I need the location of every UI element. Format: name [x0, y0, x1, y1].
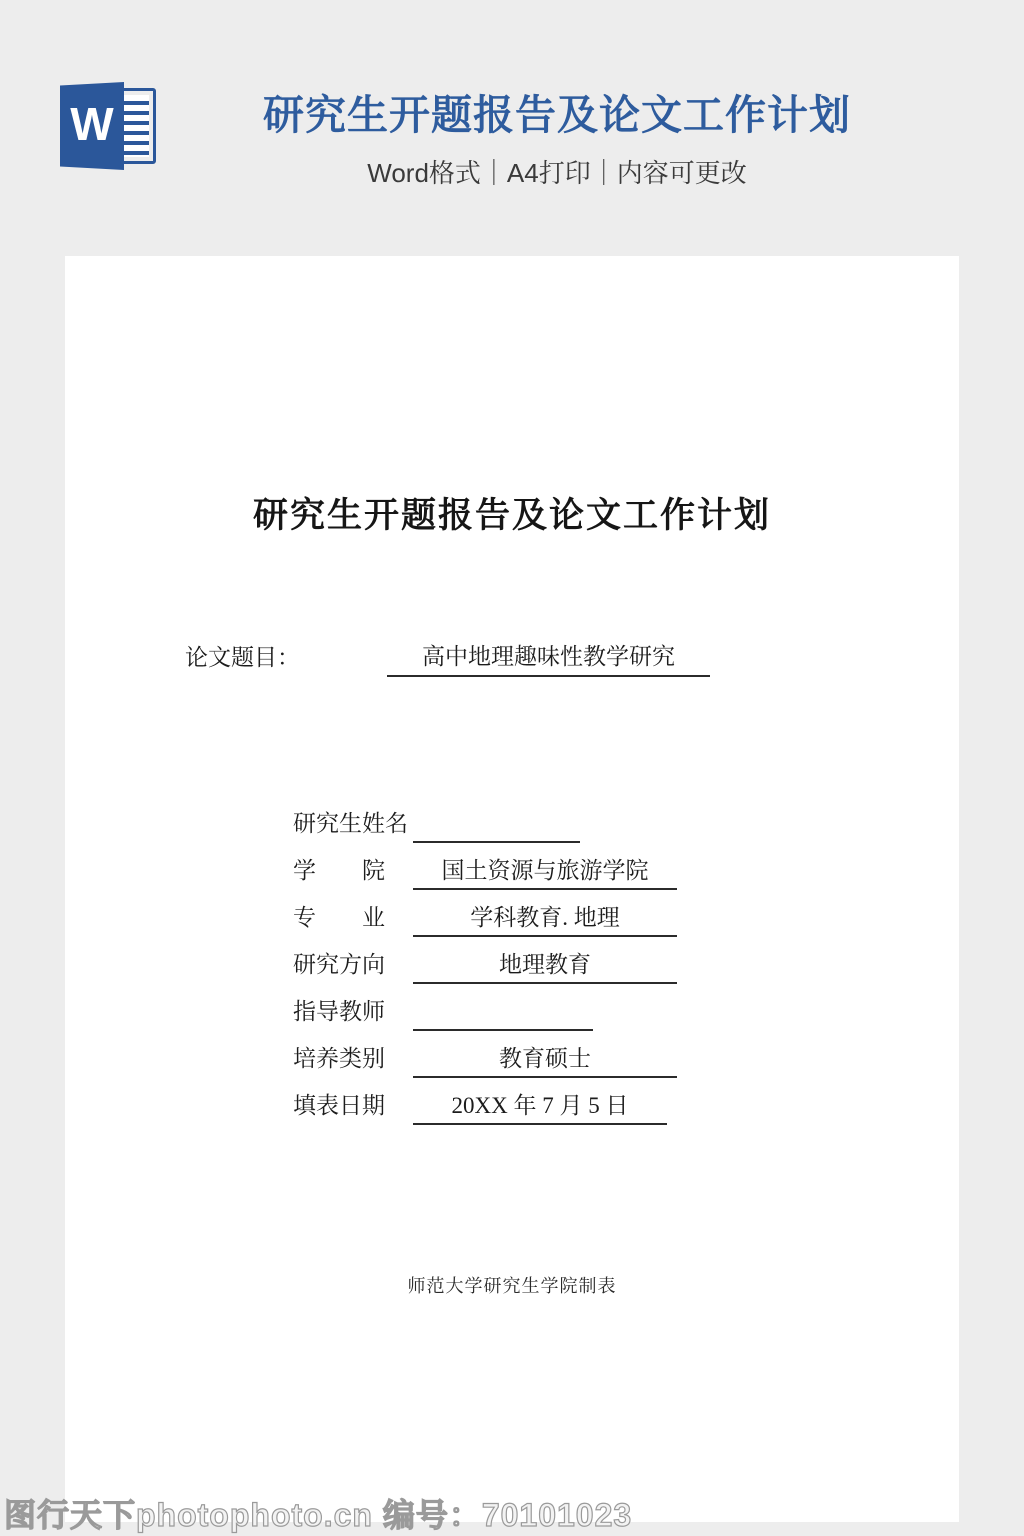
thesis-topic-value: 高中地理趣味性教学研究 — [422, 638, 675, 675]
page-header: W 研究生开题报告及论文工作计划 Word格式｜A4打印｜内容可更改 — [0, 0, 1024, 230]
word-blue-panel-icon: W — [60, 82, 124, 170]
word-letter-w: W — [70, 101, 113, 151]
field-value: 20XX 年 7 月 5 日 — [452, 1087, 629, 1123]
field-underline: 地理教育 — [413, 946, 677, 984]
field-underline — [413, 1026, 593, 1031]
cover-form-fields: 研究生姓名 学 院 国土资源与旅游学院 专 业 学科教育. 地理 研究方向 地理… — [293, 798, 677, 1127]
field-label: 专 业 — [293, 899, 413, 937]
thesis-topic-label: 论文题目： — [185, 639, 387, 677]
field-label: 培养类别 — [293, 1040, 413, 1078]
field-label: 指导教师 — [293, 993, 413, 1031]
field-value: 地理教育 — [499, 946, 591, 982]
word-logo-icon: W — [58, 78, 160, 174]
field-label: 研究生姓名 — [293, 805, 413, 843]
template-subtitle: Word格式｜A4打印｜内容可更改 — [250, 153, 864, 190]
a4-document-page: 研究生开题报告及论文工作计划 论文题目： 高中地理趣味性教学研究 研究生姓名 学… — [65, 256, 959, 1522]
site-watermark: 图行天下photophoto.cn 编号：70101023 — [4, 1490, 632, 1536]
field-label: 研究方向 — [293, 946, 413, 984]
field-row-supervisor: 指导教师 — [293, 986, 677, 1031]
field-row-research-direction: 研究方向 地理教育 — [293, 939, 677, 984]
field-underline: 教育硕士 — [413, 1040, 677, 1078]
field-underline: 国土资源与旅游学院 — [413, 852, 677, 890]
field-underline: 20XX 年 7 月 5 日 — [413, 1087, 667, 1125]
thesis-topic-row: 论文题目： 高中地理趣味性教学研究 — [185, 634, 710, 677]
template-title: 研究生开题报告及论文工作计划 — [250, 92, 864, 139]
document-title: 研究生开题报告及论文工作计划 — [65, 488, 959, 538]
field-row-fill-date: 填表日期 20XX 年 7 月 5 日 — [293, 1080, 677, 1125]
field-value: 学科教育. 地理 — [470, 899, 620, 935]
field-row-student-name: 研究生姓名 — [293, 798, 677, 843]
header-text-block: 研究生开题报告及论文工作计划 Word格式｜A4打印｜内容可更改 — [250, 92, 864, 190]
issuing-office-note: 师范大学研究生学院制表 — [65, 1272, 959, 1298]
field-row-major: 专 业 学科教育. 地理 — [293, 892, 677, 937]
field-value: 教育硕士 — [499, 1040, 591, 1076]
field-label: 学 院 — [293, 852, 413, 890]
field-row-college: 学 院 国土资源与旅游学院 — [293, 845, 677, 890]
field-underline — [413, 838, 580, 843]
field-underline: 学科教育. 地理 — [413, 899, 677, 937]
field-row-training-category: 培养类别 教育硕士 — [293, 1033, 677, 1078]
thesis-topic-underline: 高中地理趣味性教学研究 — [387, 638, 710, 677]
field-value: 国土资源与旅游学院 — [442, 852, 649, 888]
field-label: 填表日期 — [293, 1087, 413, 1125]
